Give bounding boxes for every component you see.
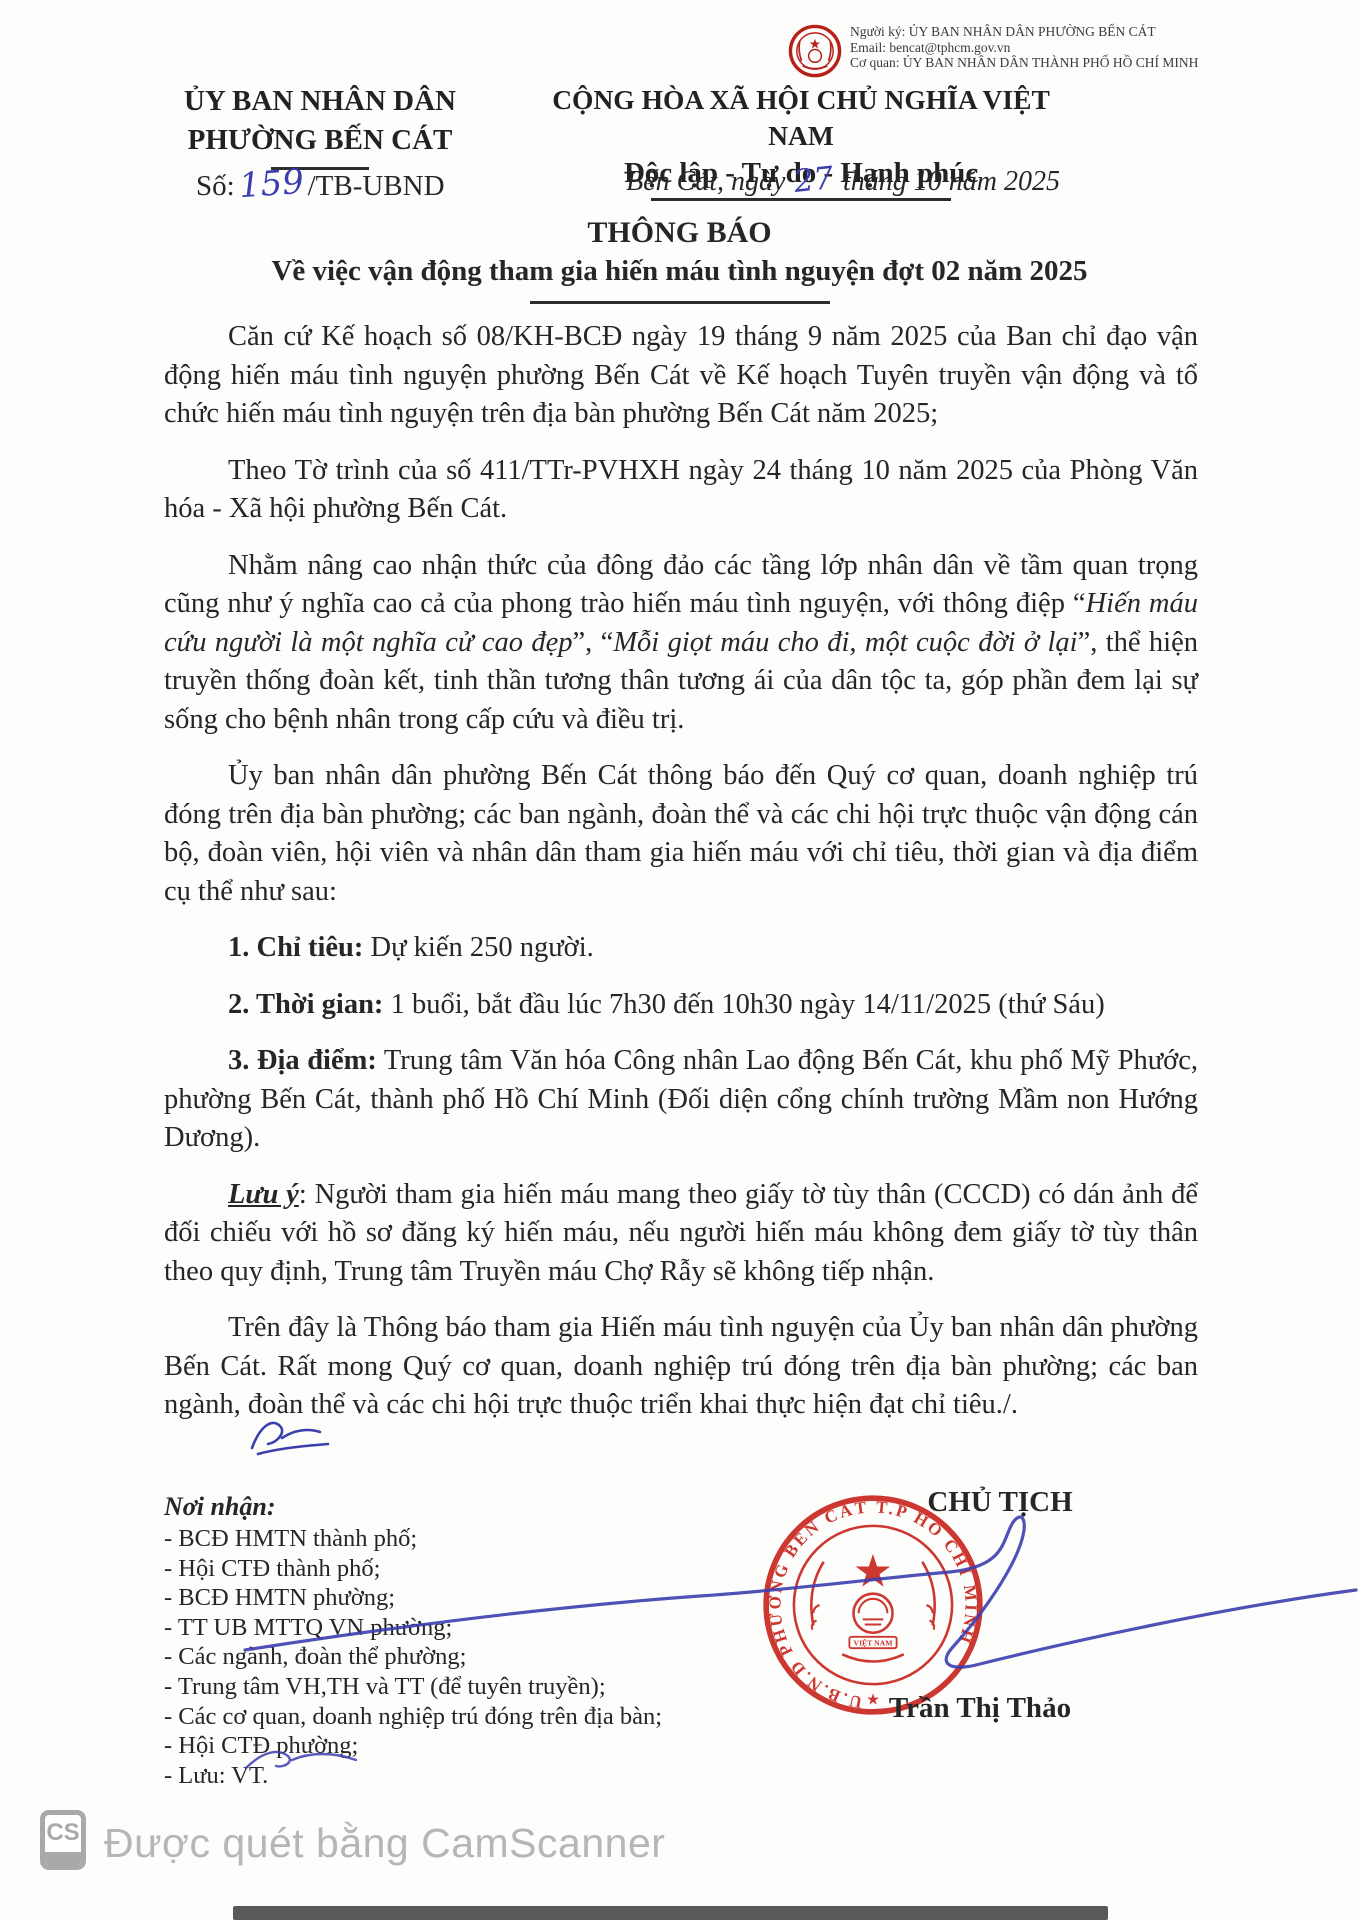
place-date-line: Bến Cát, ngày 27 tháng 10 năm 2025 [560,162,1126,198]
esign-signer-line: Người ký: ỦY BAN NHÂN DÂN PHƯỜNG BẾN CÁT [850,24,1202,40]
item-thoi-gian: 2. Thời gian: 1 buổi, bắt đầu lúc 7h30 đ… [164,986,1198,1025]
small-red-seal-icon: ★ [788,24,842,78]
item3-label: 3. Địa điểm: [228,1045,377,1076]
document-number-line: Số:159/TB-UBND [196,164,445,204]
esign-agency-line: Cơ quan: ỦY BAN NHÂN DÂN THÀNH PHỐ HỒ CH… [850,55,1202,71]
pen-squiggle-mark [238,1738,368,1780]
camscanner-watermark-text: Được quét bằng CamScanner [104,1820,665,1867]
item2-text: 1 buổi, bắt đầu lúc 7h30 đến 10h30 ngày … [383,989,1104,1020]
document-body: Căn cứ Kế hoạch số 08/KH-BCĐ ngày 19 thá… [164,318,1198,1443]
document-subtitle: Về việc vận động tham gia hiến máu tình … [0,255,1359,288]
luu-y-text: : Người tham gia hiến máu mang theo giấy… [164,1179,1198,1287]
camscanner-badge-label: CS [45,1815,81,1851]
agency-name-line2: PHƯỜNG BẾN CÁT [148,121,492,160]
paragraph-thong-bao-den: Ủy ban nhân dân phường Bến Cát thông báo… [164,757,1198,911]
seal-center-star: ★ [853,1547,894,1597]
agency-name-line1: ỦY BAN NHÂN DÂN [148,82,492,121]
p3-normal-1: Nhằm nâng cao nhận thức của đông đảo các… [164,550,1198,620]
item1-label: 1. Chỉ tiêu: [228,932,363,963]
item1-text: Dự kiến 250 người. [363,932,593,963]
recipient-item: - BCĐ HMTN thành phố; [164,1524,724,1554]
p3-normal-2: ”, “ [573,627,614,658]
camscanner-badge-icon: CS [40,1810,86,1870]
recipient-item: - Trung tâm VH,TH và TT (để tuyên truyền… [164,1672,724,1702]
seal-banner-text: VIỆT NAM [854,1639,894,1648]
handwritten-initial-mark [246,1414,346,1462]
esign-email-line: Email: bencat@tphcm.gov.vn [850,40,1202,56]
date-day-handwritten: 27 [793,160,836,200]
signer-name: Trần Thị Thảo [820,1692,1140,1725]
date-prefix: Bến Cát, ngày [626,166,785,197]
paragraph-luu-y: Lưu ý: Người tham gia hiến máu mang theo… [164,1176,1198,1292]
scanned-document-page: ★ Người ký: ỦY BAN NHÂN DÂN PHƯỜNG BẾN C… [0,0,1359,1920]
p3-quote-2: Mỗi giọt máu cho đi, một cuộc đời ở lại [613,627,1077,658]
date-suffix: tháng 10 năm 2025 [843,166,1060,197]
recipient-item: - Các cơ quan, doanh nghiệp trú đóng trê… [164,1702,724,1732]
doc-number-handwritten: 159 [237,162,305,206]
recipient-item: - Hội CTĐ thành phố; [164,1554,724,1584]
issuing-agency-header: ỦY BAN NHÂN DÂN PHƯỜNG BẾN CÁT [148,82,492,170]
digital-signature-block: ★ Người ký: ỦY BAN NHÂN DÂN PHƯỜNG BẾN C… [788,24,1202,78]
recipient-item: - TT UB MTTQ VN phường; [164,1613,724,1643]
official-red-seal: U.B.N.D PHƯỜNG BẾN CÁT T.P HỒ CHÍ MINH ★… [760,1492,986,1718]
paragraph-closing: Trên đây là Thông báo tham gia Hiến máu … [164,1309,1198,1425]
recipient-item: - Các ngành, đoàn thể phường; [164,1642,724,1672]
document-title: THÔNG BÁO [0,216,1359,250]
paragraph-theo-to-trinh: Theo Tờ trình của số 411/TTr-PVHXH ngày … [164,452,1198,529]
item-chi-tieu: 1. Chỉ tiêu: Dự kiến 250 người. [164,929,1198,968]
national-title: CỘNG HÒA XÃ HỘI CHỦ NGHĨA VIỆT NAM [518,82,1084,154]
doc-number-suffix: /TB-UBND [308,170,445,202]
doc-number-label: Số: [196,170,235,202]
luu-y-label: Lưu ý [228,1179,299,1210]
scan-edge-shadow-bar [233,1906,1108,1920]
paragraph-nham-nang-cao: Nhằm nâng cao nhận thức của đông đảo các… [164,547,1198,740]
recipient-item: - BCĐ HMTN phường; [164,1583,724,1613]
item-dia-diem: 3. Địa điểm: Trung tâm Văn hóa Công nhân… [164,1042,1198,1158]
paragraph-can-cu: Căn cứ Kế hoạch số 08/KH-BCĐ ngày 19 thá… [164,318,1198,434]
camscanner-badge-strip [45,1852,81,1865]
title-underline [530,301,830,304]
item2-label: 2. Thời gian: [228,989,383,1020]
recipients-heading: Nơi nhận: [164,1490,724,1524]
